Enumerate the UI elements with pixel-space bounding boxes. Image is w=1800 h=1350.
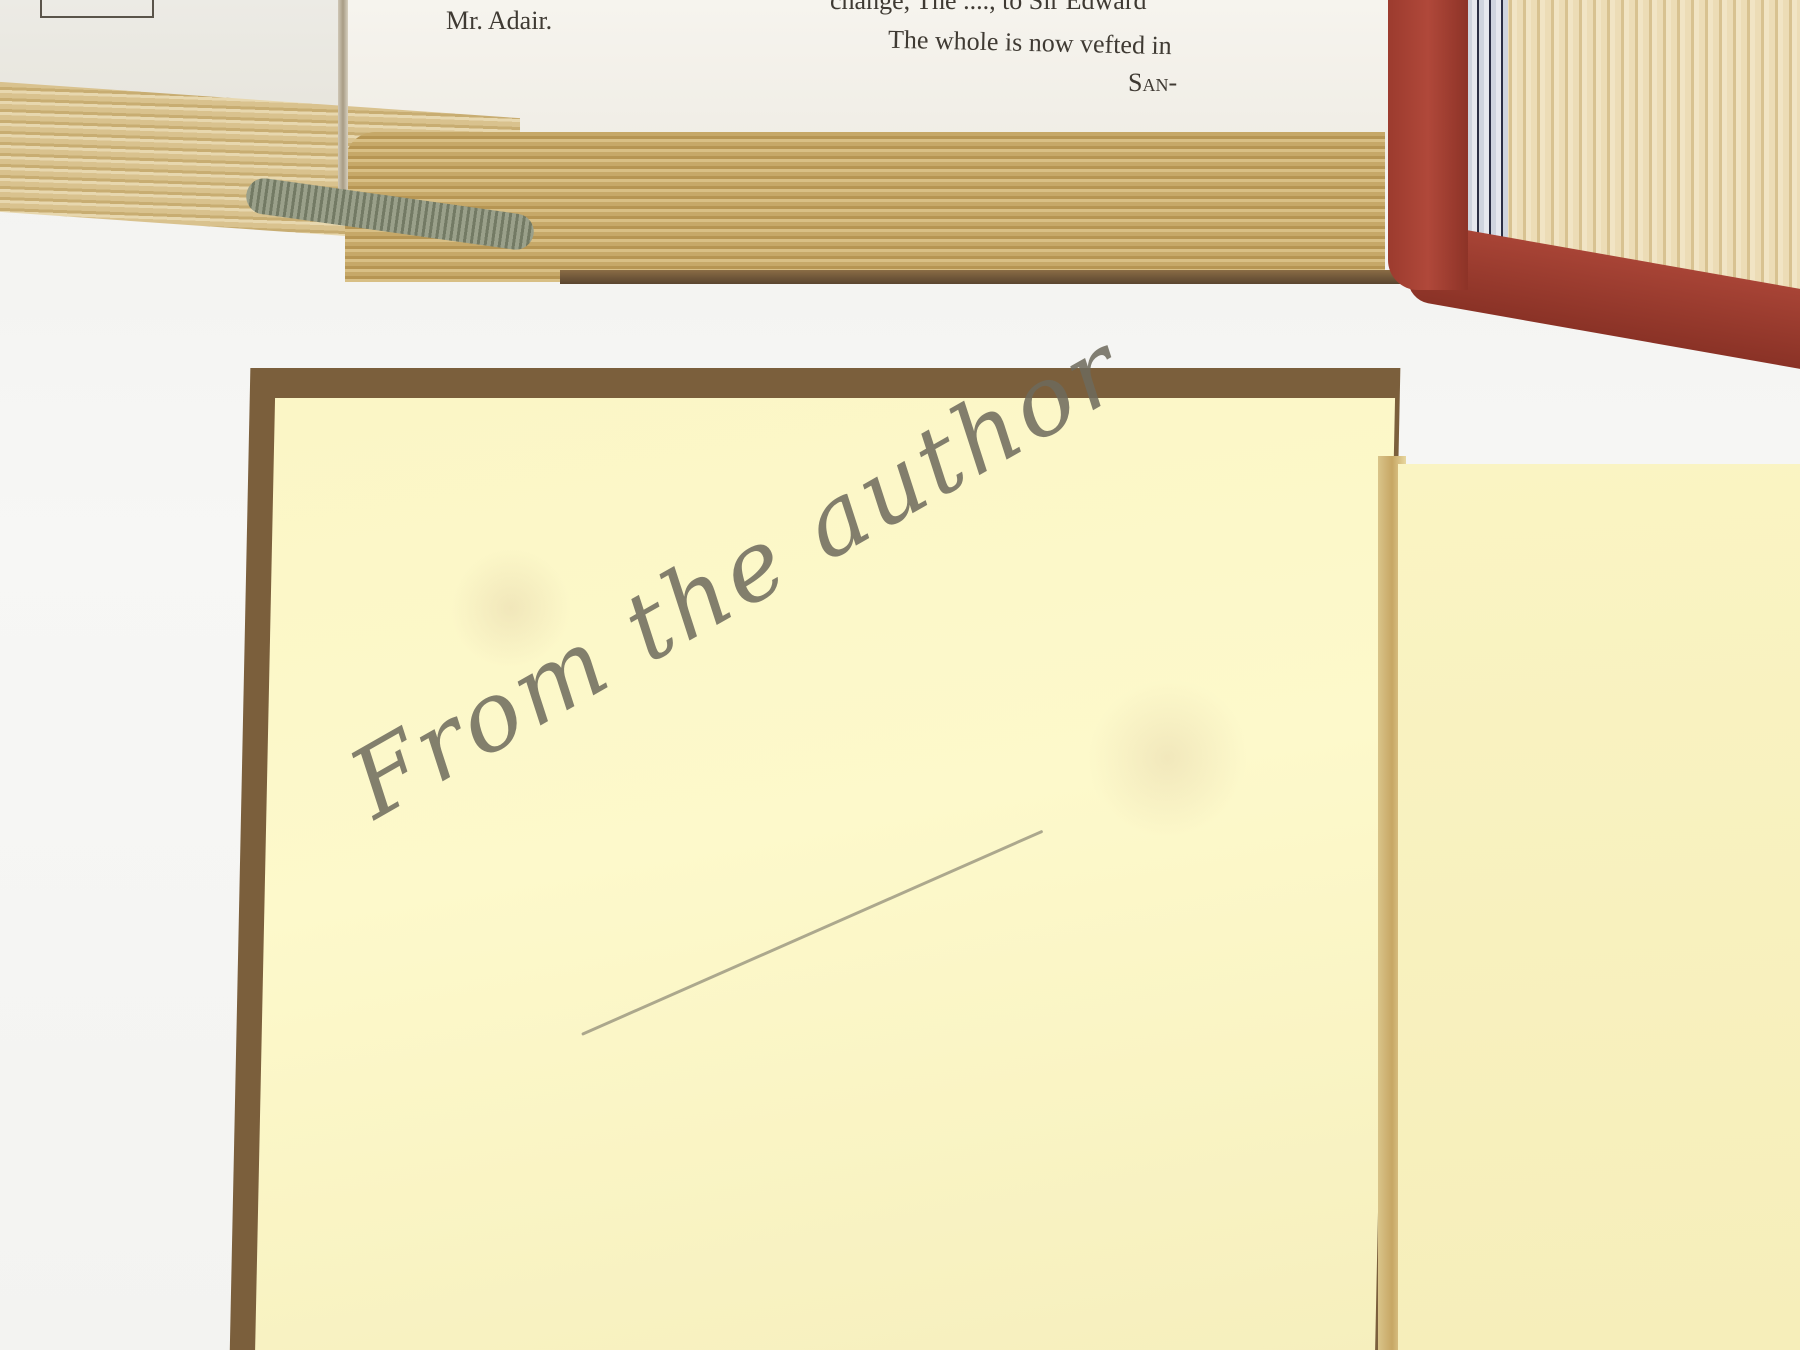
front-free-endpaper: From the author xyxy=(255,398,1395,1350)
inscribed-book: From the author xyxy=(230,368,1800,1350)
printed-text-partial: change, The ...., to Sir Edward xyxy=(830,0,1147,16)
printed-text-line: The whole is now vefted in xyxy=(888,25,1172,61)
printed-frame xyxy=(40,0,154,18)
inscription-underline xyxy=(581,830,1043,1036)
foxing-stain xyxy=(1086,678,1249,838)
spine-edge xyxy=(560,270,1440,284)
page-edges-right xyxy=(345,132,1385,282)
gutter xyxy=(338,0,348,190)
open-printed-book: change, The ...., to Sir Edward Mr. Adai… xyxy=(0,0,1400,300)
photo-scene: change, The ...., to Sir Edward Mr. Adai… xyxy=(0,0,1800,1350)
red-leather-book xyxy=(1388,0,1800,345)
printed-catchword: San- xyxy=(1128,68,1177,98)
printed-text-mr-adair: Mr. Adair. xyxy=(446,6,552,36)
red-book-spine xyxy=(1388,0,1468,290)
pastedown-endpaper xyxy=(1398,464,1800,1350)
